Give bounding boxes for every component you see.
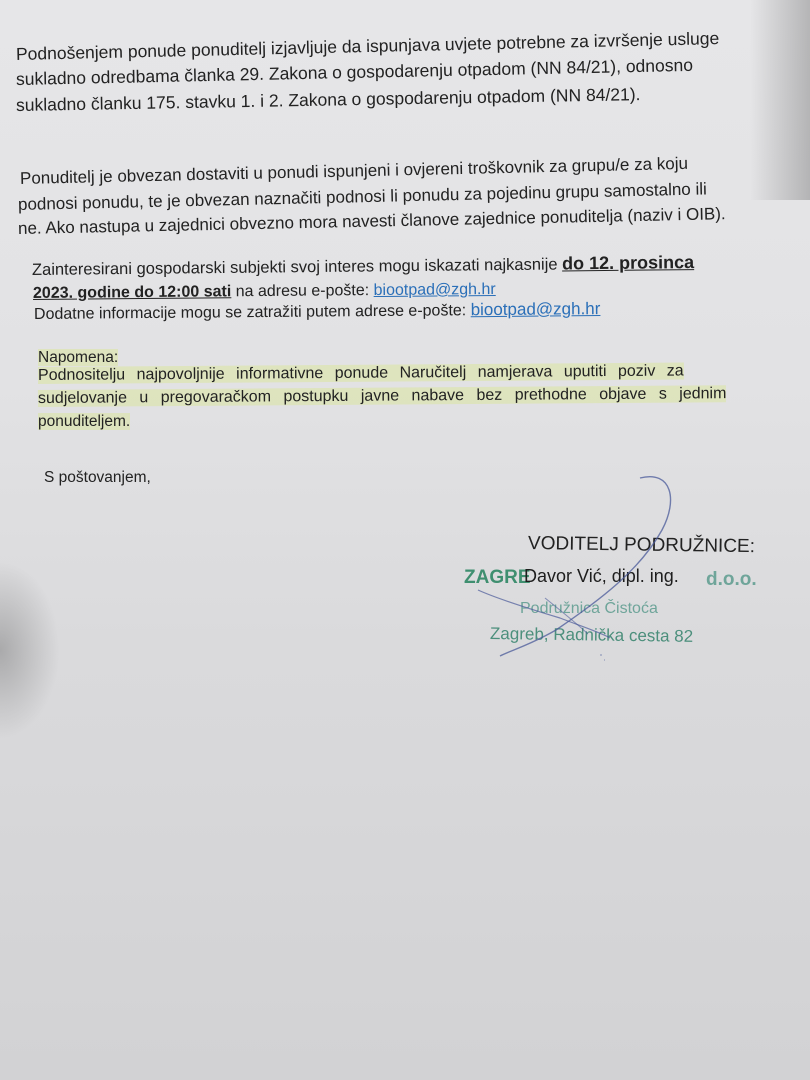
deadline-text: Zainteresirani gospodarski subjekti svoj… (32, 255, 562, 279)
paragraph1-line3: sukladno članku 175. stavku 1. i 2. Zako… (16, 86, 641, 114)
note-line1: Podnositelju najpovoljnije informativne … (38, 363, 684, 384)
note-line2: sudjelovanje u pregovaračkom postupku ja… (38, 386, 727, 407)
stamp-address: Zagreb, Radnička cesta 82 (490, 625, 693, 645)
deadline-line1: Zainteresirani gospodarski subjekti svoj… (32, 253, 694, 278)
deadline-line2: 2023. godine do 12:00 sati na adresu e-p… (33, 282, 496, 302)
signatory-name: Davor Vić, dipl. ing. (524, 567, 679, 585)
deadline-date: do 12. prosinca (562, 252, 694, 273)
closing-text: S poštovanjem, (44, 470, 151, 486)
deadline-time: 2023. godine do 12:00 sati (33, 283, 231, 302)
stamp-company-left: ZAGRE (464, 568, 531, 587)
note-label: Napomena: (38, 350, 118, 366)
page-shadow-left (0, 560, 60, 740)
email-intro: na adresu e-pošte: (231, 282, 373, 300)
signature-title: VODITELJ PODRUŽNICE: (528, 534, 755, 556)
info-line: Dodatne informacije mogu se zatražiti pu… (34, 300, 601, 323)
stamp-branch: Podružnica Čistoća (520, 601, 658, 617)
email-link-2[interactable]: biootpad@zgh.hr (471, 299, 601, 319)
page-shadow-right (750, 0, 810, 200)
email-link-1[interactable]: biootpad@zgh.hr (374, 281, 496, 299)
stamp-company-right: d.o.o. (706, 570, 757, 589)
note-line3: ponuditeljem. (38, 414, 130, 430)
info-text: Dodatne informacije mogu se zatražiti pu… (34, 302, 471, 323)
